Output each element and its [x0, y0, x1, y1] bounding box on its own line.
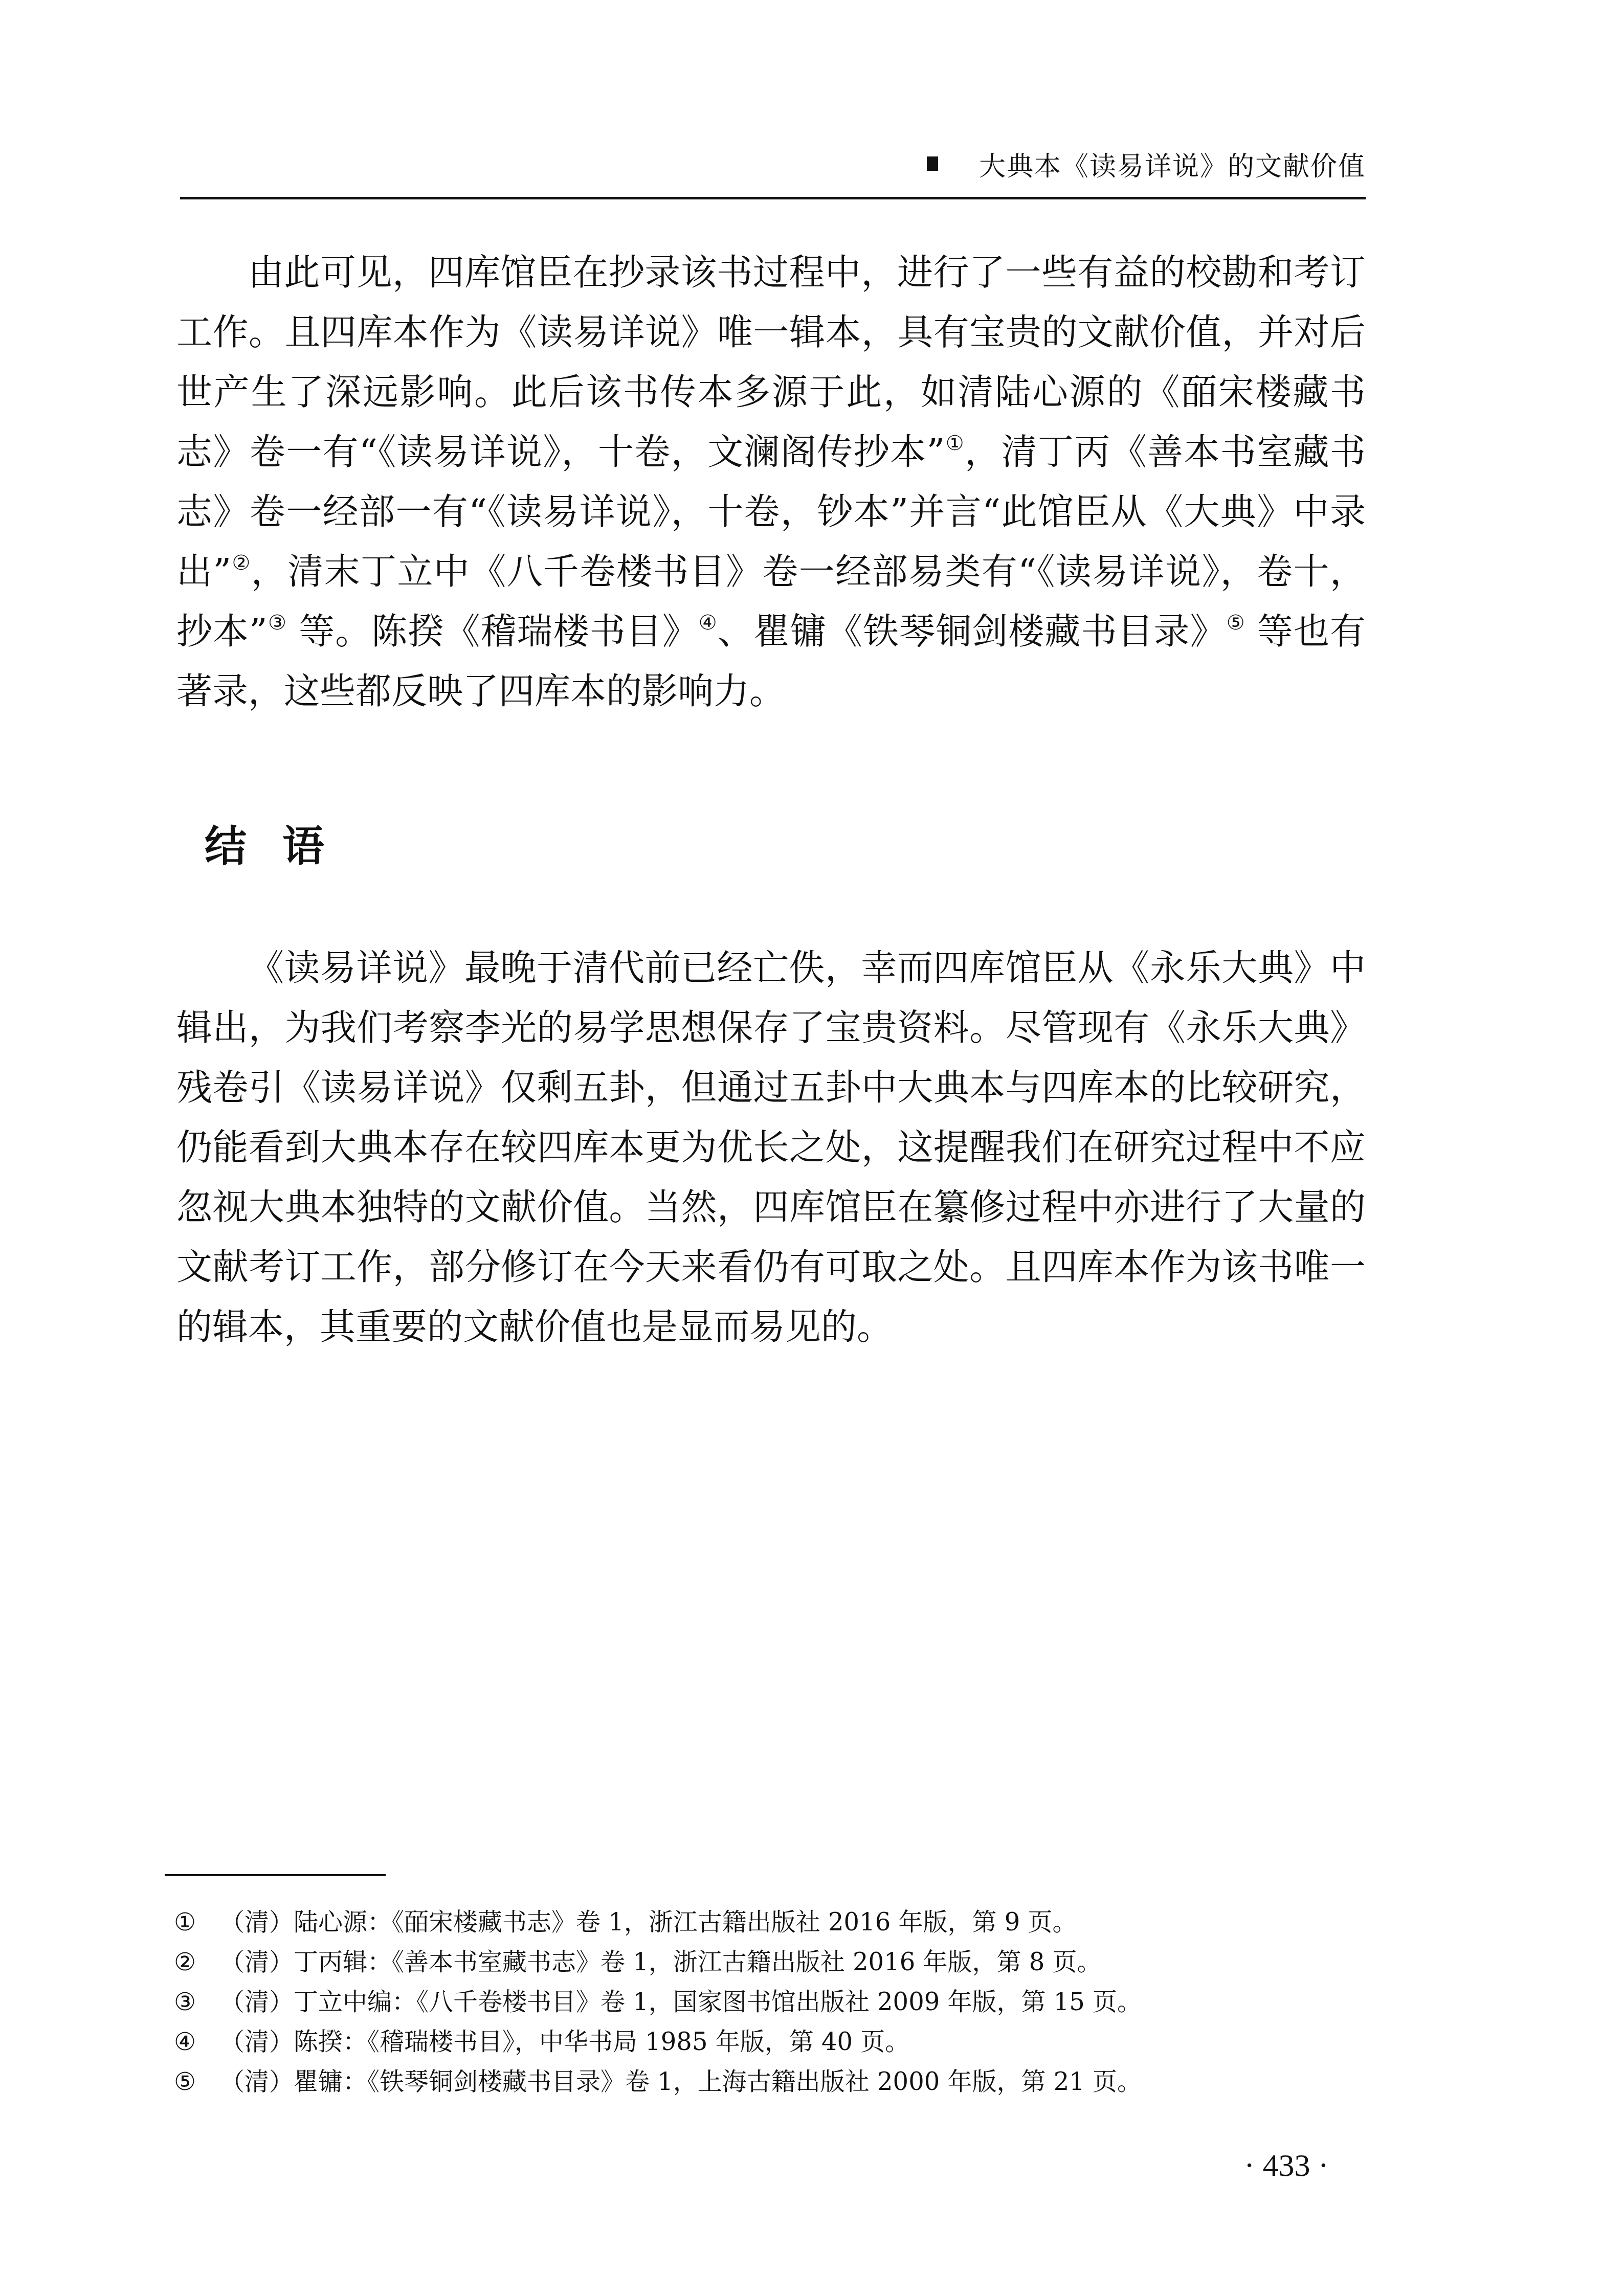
footnote-ref-3[interactable]: ③	[268, 611, 287, 635]
footnote-2: ② （清）丁丙辑：《善本书室藏书志》卷 1，浙江古籍出版社 2016 年版，第 …	[174, 1942, 1366, 1982]
footnote-marker: ④	[174, 2022, 220, 2062]
footnote-text: （清）丁丙辑：《善本书室藏书志》卷 1，浙江古籍出版社 2016 年版，第 8 …	[220, 1942, 1102, 1982]
paragraph-text: 、瞿镛《铁琴铜剑楼藏书目录》	[718, 611, 1227, 652]
section-heading: 结语	[205, 813, 360, 873]
footnote-ref-1[interactable]: ①	[945, 432, 965, 455]
footnote-4: ④ （清）陈揆：《稽瑞楼书目》，中华书局 1985 年版，第 40 页。	[174, 2022, 1366, 2062]
footnote-marker: ⑤	[174, 2062, 220, 2102]
footnote-text: （清）丁立中编：《八千卷楼书目》卷 1，国家图书馆出版社 2009 年版，第 1…	[220, 1982, 1142, 2022]
footnote-text: （清）陆心源：《皕宋楼藏书志》卷 1，浙江古籍出版社 2016 年版，第 9 页…	[220, 1902, 1077, 1942]
paragraph-text: 《读易详说》最晚于清代前已经亡佚，幸而四库馆臣从《永乐大典》中辑出，为我们考察李…	[176, 938, 1366, 1357]
footnote-marker: ②	[174, 1942, 220, 1982]
footnote-text: （清）瞿镛：《铁琴铜剑楼藏书目录》卷 1，上海古籍出版社 2000 年版，第 2…	[220, 2062, 1142, 2102]
paragraph-text: 等。陈揆《稽瑞楼书目》	[287, 611, 699, 652]
square-bullet-icon	[927, 156, 938, 171]
footnote-marker: ③	[174, 1982, 220, 2022]
footnote-1: ① （清）陆心源：《皕宋楼藏书志》卷 1，浙江古籍出版社 2016 年版，第 9…	[174, 1902, 1366, 1942]
footnote-marker: ①	[174, 1902, 220, 1942]
body-paragraph-2: 《读易详说》最晚于清代前已经亡佚，幸而四库馆臣从《永乐大典》中辑出，为我们考察李…	[176, 938, 1366, 1357]
body-paragraph-1: 由此可见，四库馆臣在抄录该书过程中，进行了一些有益的校勘和考订工作。且四库本作为…	[176, 243, 1366, 722]
page-number: · 433 ·	[1228, 2148, 1345, 2184]
footnote-text: （清）陈揆：《稽瑞楼书目》，中华书局 1985 年版，第 40 页。	[220, 2022, 909, 2062]
footnote-ref-4[interactable]: ④	[699, 611, 718, 635]
footnote-ref-5[interactable]: ⑤	[1227, 611, 1245, 635]
footnotes: ① （清）陆心源：《皕宋楼藏书志》卷 1，浙江古籍出版社 2016 年版，第 9…	[174, 1902, 1366, 2102]
running-header: 大典本《读易详说》的文献价值	[179, 138, 1366, 189]
footnote-5: ⑤ （清）瞿镛：《铁琴铜剑楼藏书目录》卷 1，上海古籍出版社 2000 年版，第…	[174, 2062, 1366, 2102]
running-header-title: 大典本《读易详说》的文献价值	[979, 145, 1366, 183]
footnote-ref-2[interactable]: ②	[231, 551, 251, 575]
footnote-3: ③ （清）丁立中编：《八千卷楼书目》卷 1，国家图书馆出版社 2009 年版，第…	[174, 1982, 1366, 2022]
footnote-separator	[165, 1874, 386, 1876]
header-rule	[180, 197, 1366, 199]
